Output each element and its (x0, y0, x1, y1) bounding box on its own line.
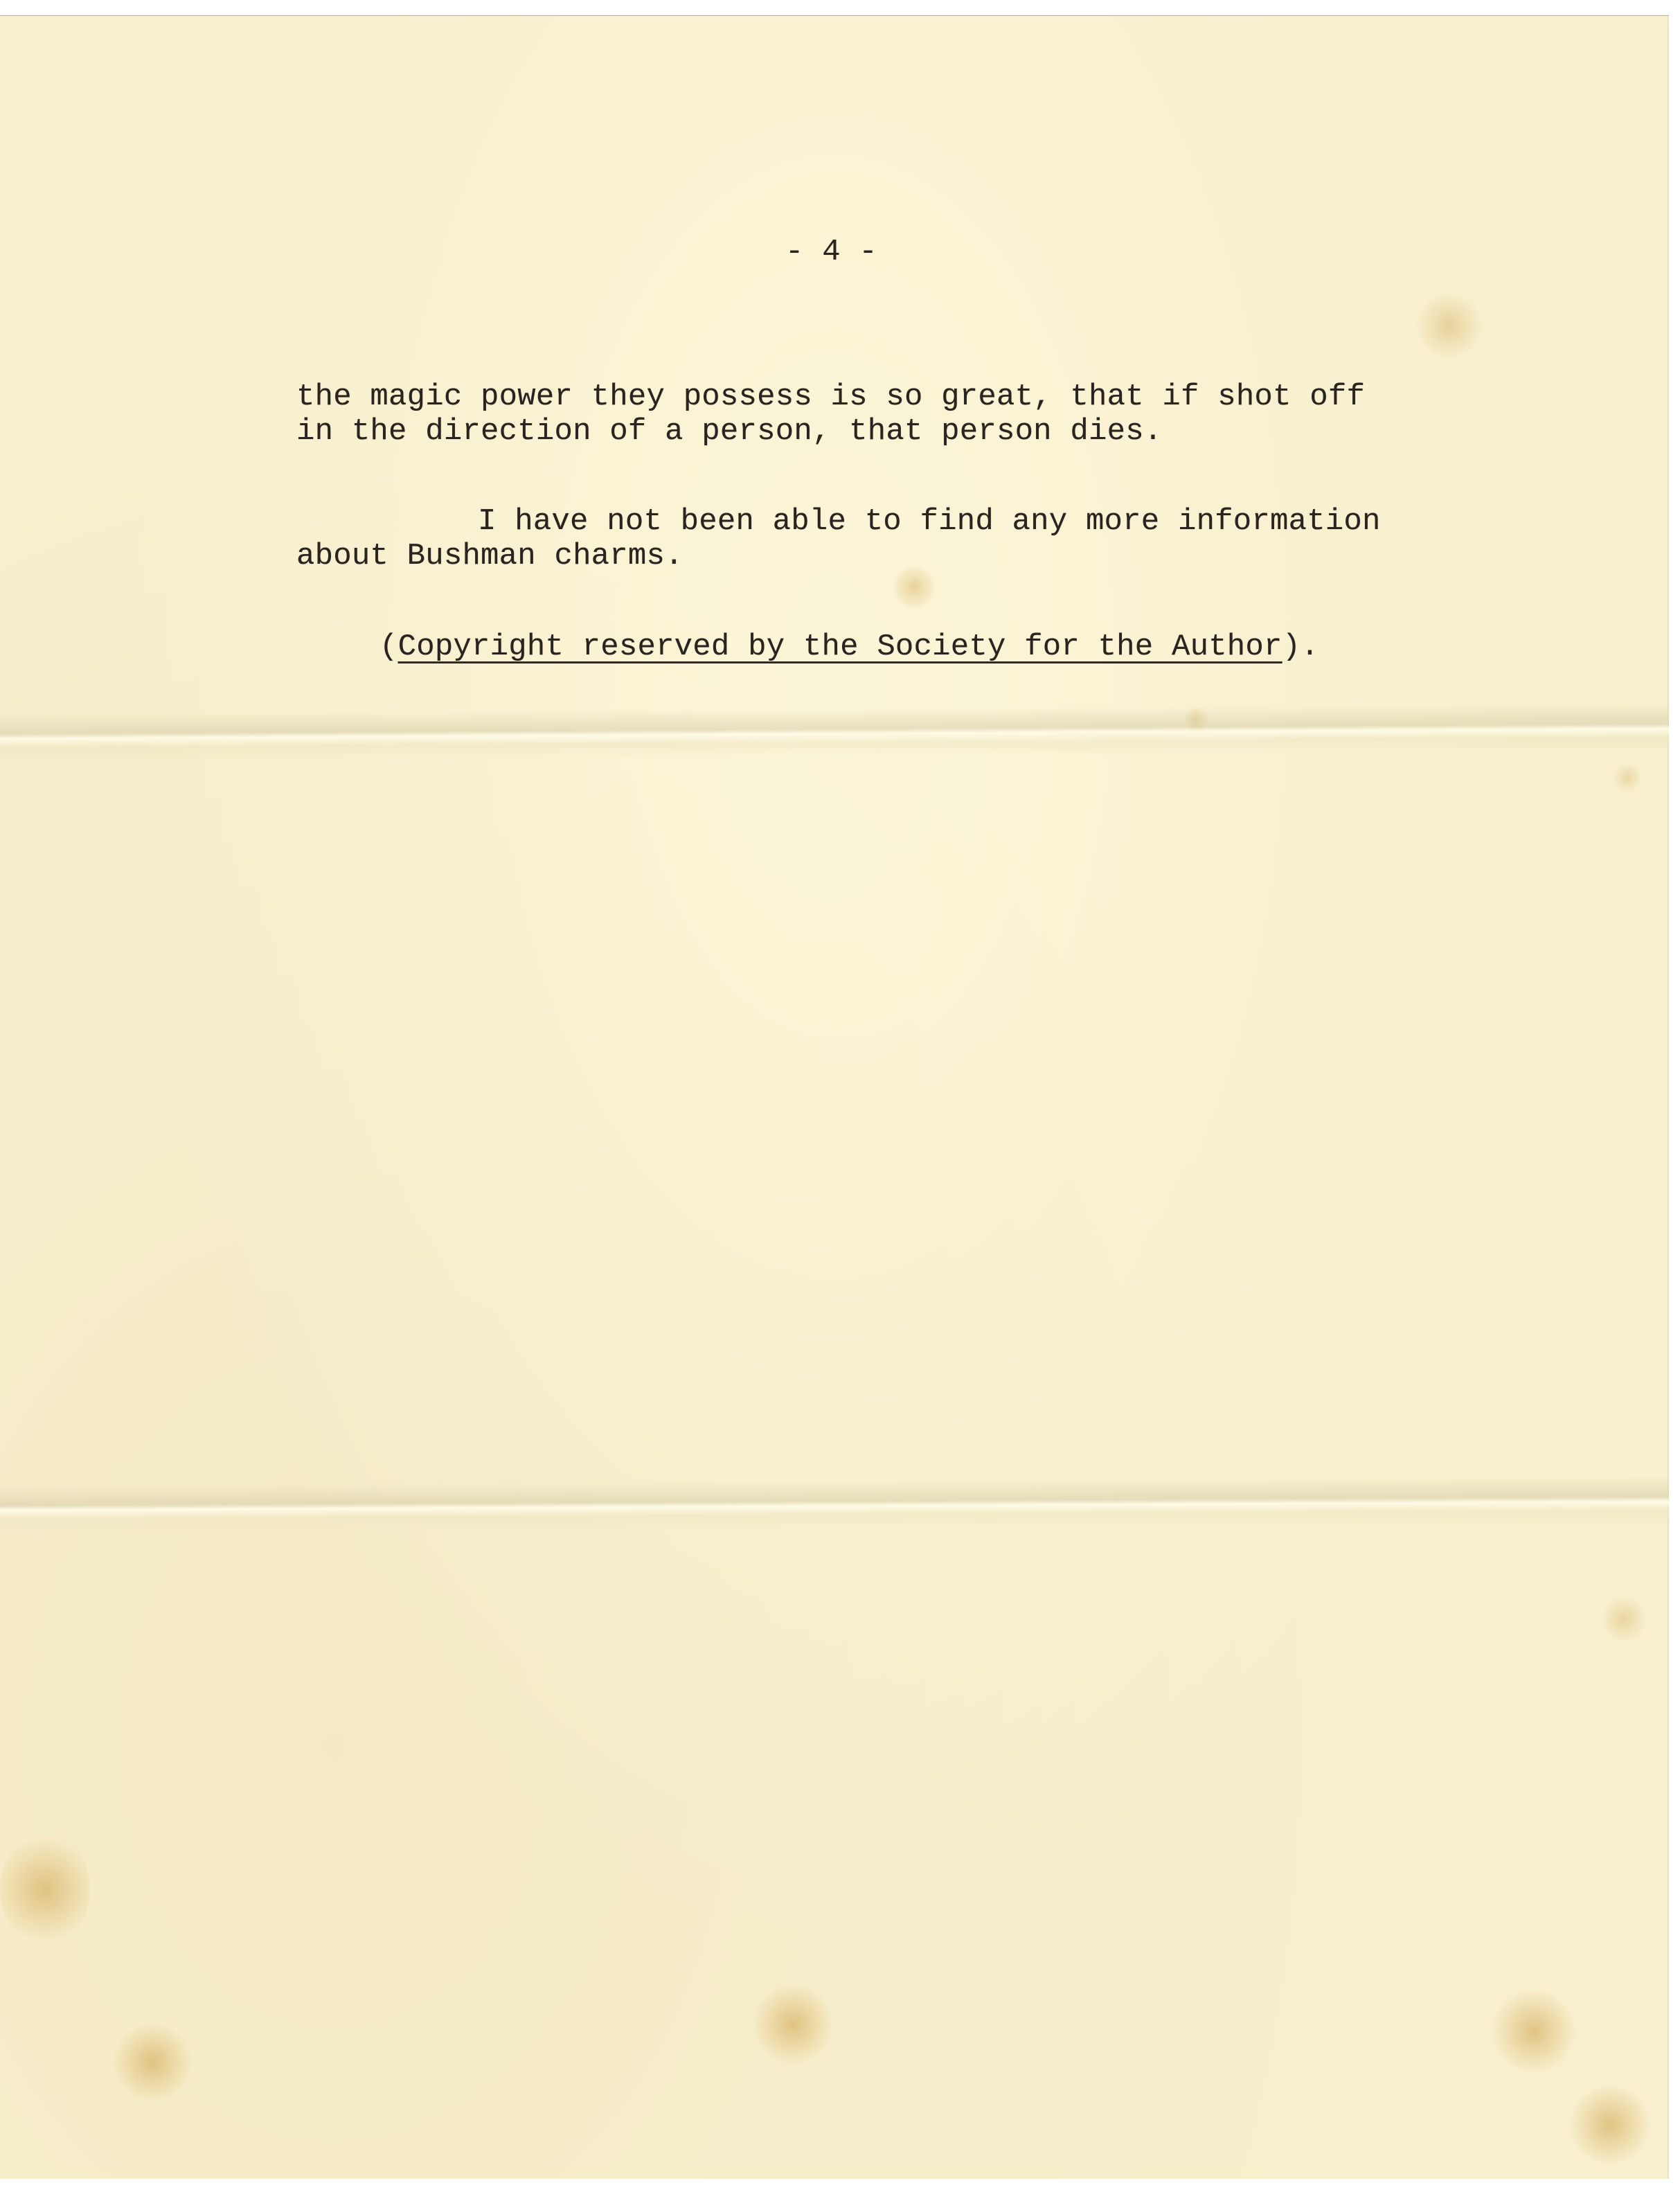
foxing-stain (111, 2024, 194, 2101)
paragraph-line: I have not been able to find any more in… (478, 504, 1381, 539)
paragraph-line: about Bushman charms. (296, 539, 683, 573)
copyright-open-paren: ( (379, 630, 398, 664)
foxing-stain (1416, 293, 1482, 359)
paragraph-line: in the direction of a person, that perso… (296, 414, 1162, 449)
paragraph-line: the magic power they possess is so great… (296, 380, 1365, 414)
foxing-stain (0, 1830, 90, 1948)
foxing-stain (755, 1983, 831, 2066)
paragraph-2: I have not been able to find any more in… (296, 504, 1381, 573)
foxing-stain (1184, 705, 1208, 733)
paper-sheet (0, 15, 1669, 2179)
foxing-stain (1603, 1595, 1645, 1643)
foxing-stain (1569, 2087, 1652, 2163)
foxing-stain (1614, 764, 1641, 792)
copyright-text: Copyright reserved by the Society for th… (398, 630, 1283, 664)
page-number: - 4 - (785, 235, 877, 269)
foxing-stain (1492, 1990, 1575, 2073)
fold-crease (0, 1477, 1669, 1534)
fold-crease (0, 704, 1669, 763)
copyright-notice: (Copyright reserved by the Society for t… (379, 630, 1319, 663)
paragraph-1: the magic power they possess is so great… (296, 380, 1365, 449)
copyright-close-paren: ). (1283, 630, 1319, 664)
